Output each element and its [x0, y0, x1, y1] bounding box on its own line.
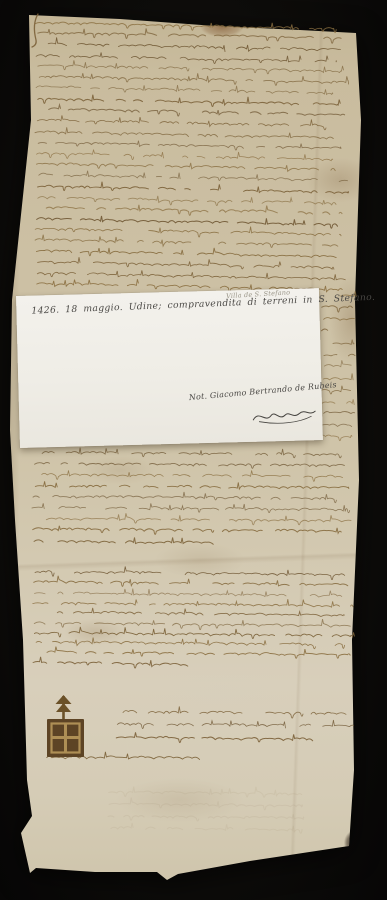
- label-date-line: 1426. 18 maggio. Udine; compravendita di…: [31, 294, 321, 317]
- archival-label: Villa de S. Stefano 1426. 18 maggio. Udi…: [16, 288, 323, 448]
- label-notary-line: Not. Giacomo Bertrando de Rubeis: [188, 380, 338, 402]
- notary-signature-flourish: [249, 404, 320, 428]
- parchment-shadow-wrapper: [0, 0, 387, 900]
- parchment-document: [0, 0, 387, 900]
- photo-background: Villa de S. Stefano 1426. 18 maggio. Udi…: [0, 0, 387, 900]
